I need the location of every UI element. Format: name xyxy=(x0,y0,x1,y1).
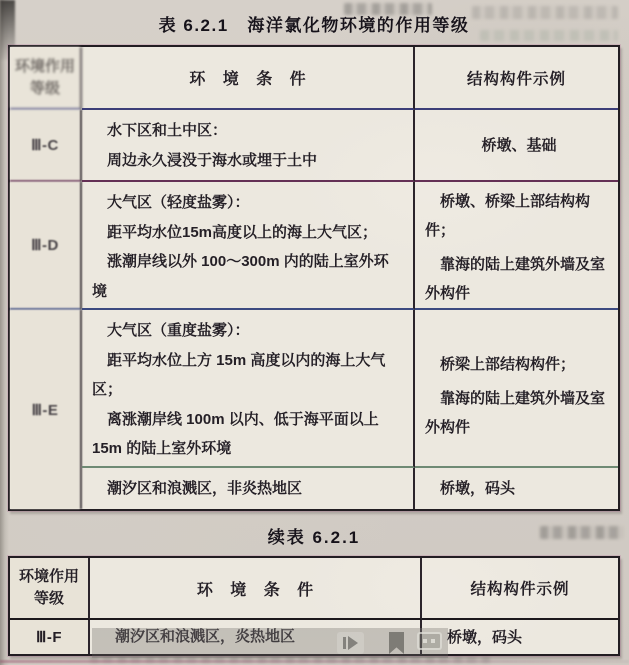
header-condition: 环 境 条 件 xyxy=(90,558,422,620)
condition-text: 离涨潮岸线 100m 以内、低于海平面以上 15m 的陆上室外环境 xyxy=(92,405,397,464)
example-cell: 桥墩，码头 xyxy=(415,468,618,509)
example-cell: 桥墩、桥梁上部结构构件； 靠海的陆上建筑外墙及室外构件 xyxy=(415,182,618,310)
example-text: 桥墩、桥梁上部结构构件； xyxy=(425,187,610,245)
example-cell: 桥梁上部结构构件； 靠海的陆上建筑外墙及室外构件 xyxy=(415,310,618,468)
level-badge: Ⅲ-D xyxy=(10,182,82,310)
condition-text: 周边永久浸没于海水或埋于土中 xyxy=(92,146,397,176)
condition-text: 距平均水位上方 15m 高度以内的海上大气区； xyxy=(92,346,397,405)
level-badge: Ⅲ-C xyxy=(10,110,82,182)
table-6-2-1: 环境作用 等级 环 境 条 件 结构构件示例 Ⅲ-C 水下区和土中区： 周边永久… xyxy=(8,45,620,511)
condition-text: 潮汐区和浪溅区，非炎热地区 xyxy=(92,474,302,504)
condition-text: 水下区和土中区： xyxy=(92,116,397,146)
condition-cell: 大气区（轻度盐雾）： 距平均水位15m高度以上的海上大气区； 涨潮岸线以外 10… xyxy=(82,182,415,310)
condition-cell: 潮汐区和浪溅区，非炎热地区 xyxy=(82,468,415,509)
condition-cell: 大气区（重度盐雾）： 距平均水位上方 15m 高度以内的海上大气区； 离涨潮岸线… xyxy=(82,310,415,468)
header-level-line2: 等级 xyxy=(30,78,60,100)
header-level: 环境作用 等级 xyxy=(10,558,90,620)
table1-caption: 表 6.2.1 海洋氯化物环境的作用等级 xyxy=(8,11,620,36)
header-example: 结构构件示例 xyxy=(415,47,618,110)
next-icon-triangle xyxy=(348,636,358,650)
example-text: 桥墩，码头 xyxy=(425,474,515,503)
example-text: 桥墩、基础 xyxy=(466,131,556,160)
panel-icon[interactable] xyxy=(417,632,442,650)
example-text: 桥梁上部结构构件； xyxy=(425,350,610,379)
header-level-line1: 环境作用 xyxy=(15,56,75,78)
example-text: 靠海的陆上建筑外墙及室外构件 xyxy=(425,250,610,308)
example-cell: 桥墩、基础 xyxy=(415,110,618,182)
panel-icon-dot xyxy=(423,639,427,643)
level-badge: Ⅲ-F xyxy=(10,620,90,654)
table2-caption: 续表 6.2.1 xyxy=(8,523,620,548)
example-text: 靠海的陆上建筑外墙及室外构件 xyxy=(425,384,610,442)
header-level-line1: 环境作用 xyxy=(19,566,79,588)
condition-cell: 水下区和土中区： 周边永久浸没于海水或埋于土中 xyxy=(82,110,415,182)
condition-text: 涨潮岸线以外 100～300m 内的陆上室外环境 xyxy=(92,247,397,306)
header-level: 环境作用 等级 xyxy=(10,47,82,110)
header-example: 结构构件示例 xyxy=(422,558,618,620)
example-cell: 桥墩，码头 xyxy=(422,620,618,654)
scan-edge-artifact xyxy=(0,660,629,663)
next-icon[interactable] xyxy=(337,632,364,654)
panel-icon-dot xyxy=(431,639,435,643)
level-badge: Ⅲ-E xyxy=(10,310,82,509)
next-icon-bar xyxy=(343,637,346,649)
condition-text: 距平均水位15m高度以上的海上大气区； xyxy=(92,218,397,248)
header-condition: 环 境 条 件 xyxy=(82,47,415,110)
scanned-page: 表 6.2.1 海洋氯化物环境的作用等级 续表 6.2.1 环境作用 等级 环 … xyxy=(0,0,629,665)
condition-text: 大气区（重度盐雾）： xyxy=(92,316,397,346)
condition-text: 大气区（轻度盐雾）： xyxy=(92,188,397,218)
header-level-line2: 等级 xyxy=(34,588,64,610)
